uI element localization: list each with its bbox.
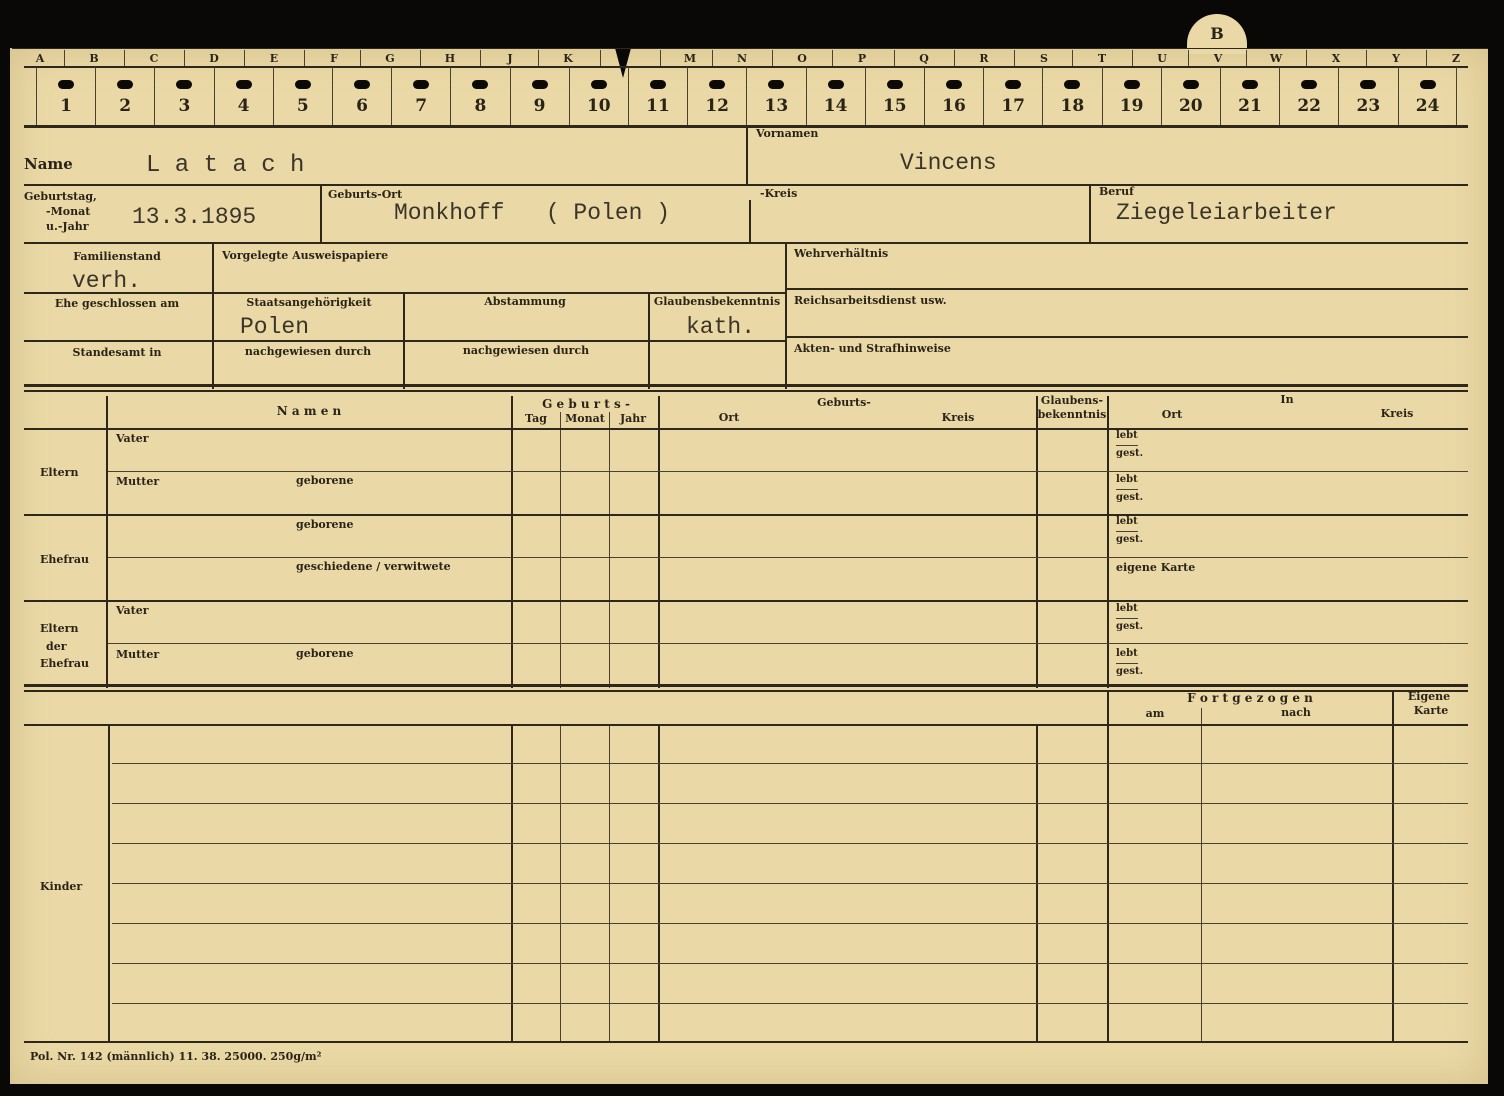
divider [12, 48, 1488, 49]
kinder-row-line [112, 883, 1468, 884]
lebt-label: lebt [1116, 603, 1138, 614]
index-letter: A [36, 52, 45, 65]
index-number: 19 [1120, 96, 1144, 116]
index-letter: J [507, 52, 512, 65]
divider [1116, 445, 1138, 446]
in-header: In [1280, 393, 1293, 406]
index-letter: N [737, 52, 747, 65]
divider [609, 412, 610, 688]
divider [1072, 50, 1073, 66]
kinder-row-line [112, 803, 1468, 804]
index-letter: S [1040, 52, 1048, 65]
divider [24, 1041, 1468, 1043]
punch-hole-icon [176, 80, 192, 89]
divider [658, 396, 660, 688]
divider [1366, 50, 1367, 66]
divider [1246, 50, 1247, 66]
kinder-row-line [112, 923, 1468, 924]
index-number: 17 [1001, 96, 1025, 116]
geborene-label: geborene [296, 474, 354, 487]
punch-hole-icon [1301, 80, 1317, 89]
divider [772, 50, 773, 66]
geburtsort-value: Monkhoff ( Polen ) [394, 200, 670, 226]
punch-hole-icon [828, 80, 844, 89]
index-number: 10 [587, 96, 611, 116]
divider [1089, 185, 1091, 243]
eigene-karte-label: eigene Karte [1116, 561, 1195, 574]
mutter-label: Mutter [116, 475, 159, 488]
divider [1220, 67, 1221, 125]
eltern-ehefrau-label-2: der [46, 640, 67, 653]
staat-value: Polen [240, 314, 309, 340]
index-letter: H [445, 52, 455, 65]
divider [1161, 67, 1162, 125]
ehe-label: Ehe geschlossen am [55, 297, 179, 310]
index-letter: Q [919, 52, 929, 65]
punch-hole-icon [532, 80, 548, 89]
punch-hole-icon [709, 80, 725, 89]
divider [924, 67, 925, 125]
divider [304, 50, 305, 66]
index-number: 1 [60, 96, 72, 116]
index-number: 11 [646, 96, 670, 116]
index-number: 15 [883, 96, 907, 116]
punch-hole-icon [1005, 80, 1021, 89]
divider [1116, 531, 1138, 532]
divider [108, 471, 1468, 472]
index-number: 9 [534, 96, 546, 116]
index-number: 22 [1297, 96, 1321, 116]
divider [1398, 67, 1399, 125]
divider [983, 67, 984, 125]
divider [106, 396, 108, 688]
divider [154, 67, 155, 125]
eltern-ehefrau-label-1: Eltern [40, 622, 78, 635]
punch-hole-icon [1124, 80, 1140, 89]
kreis-label: -Kreis [760, 187, 797, 200]
divider [600, 50, 601, 66]
eigene-header: Eigene [1408, 690, 1450, 703]
akten-label: Akten- und Strafhinweise [794, 342, 951, 355]
divider [320, 185, 322, 243]
divider [24, 684, 1468, 687]
punch-hole-icon [650, 80, 666, 89]
vornamen-label: Vornamen [756, 127, 818, 140]
divider [24, 242, 1468, 244]
namen-header: N a m e n [277, 404, 342, 418]
divider [24, 340, 785, 342]
nachgewiesen-staat: nachgewiesen durch [245, 345, 371, 358]
divider [64, 50, 65, 66]
divider [746, 125, 748, 185]
staat-label: Staatsangehörigkeit [246, 296, 371, 309]
divider [560, 412, 561, 688]
index-letter: Y [1392, 52, 1400, 65]
divider [1036, 396, 1038, 688]
index-letter: M [684, 52, 696, 65]
divider [749, 200, 751, 243]
monat-header: Monat [565, 412, 605, 425]
divider [786, 336, 1468, 338]
index-letter: Z [1452, 52, 1460, 65]
glaube-value: kath. [686, 314, 755, 340]
in-kreis-header: Kreis [1381, 407, 1414, 420]
glaubens-header-2: bekenntnis [1038, 408, 1107, 421]
index-number: 24 [1416, 96, 1440, 116]
divider [24, 184, 1468, 186]
geborene-label: geborene [296, 647, 354, 660]
glaube-label: Glaubensbekenntnis [654, 295, 780, 308]
kinder-row-line [112, 843, 1468, 844]
divider [108, 726, 110, 1042]
index-letter: W [1270, 52, 1282, 65]
eltern-ehefrau-label-3: Ehefrau [40, 657, 89, 670]
jahr-header: Jahr [620, 412, 646, 425]
index-letter: R [979, 52, 988, 65]
index-number: 16 [942, 96, 966, 116]
divider [1116, 663, 1138, 664]
punch-hole-icon [472, 80, 488, 89]
index-letter: X [1332, 52, 1341, 65]
index-letter: K [563, 52, 573, 65]
punch-hole-icon [1064, 80, 1080, 89]
familienstand-label: Familienstand [73, 250, 161, 263]
divider [450, 67, 451, 125]
divider [832, 50, 833, 66]
divider [24, 428, 1468, 430]
divider [1036, 726, 1038, 1042]
punch-hole-icon [117, 80, 133, 89]
punch-hole-icon [1360, 80, 1376, 89]
lebt-label: lebt [1116, 648, 1138, 659]
tab-letter: B [1187, 24, 1247, 43]
divider [511, 396, 513, 688]
mutter-label: Mutter [116, 648, 159, 661]
ehefrau-label: Ehefrau [40, 553, 89, 566]
divider [712, 50, 713, 66]
rad-label: Reichsarbeitsdienst usw. [794, 294, 947, 307]
geburts-ort-header: Geburts- [817, 396, 871, 409]
am-header: am [1146, 707, 1165, 720]
divider [108, 557, 1468, 558]
geburtstag-label-monat: -Monat [46, 205, 90, 218]
index-number: 12 [705, 96, 729, 116]
punch-hole-icon [591, 80, 607, 89]
punch-hole-icon [768, 80, 784, 89]
divider [687, 67, 688, 125]
divider [746, 67, 747, 125]
index-number: 7 [415, 96, 427, 116]
familienstand-value: verh. [72, 268, 141, 294]
divider [660, 50, 661, 66]
in-ort-header: Ort [1162, 408, 1182, 421]
gest-label: gest. [1116, 448, 1143, 459]
abstammung-label: Abstammung [484, 295, 566, 308]
divider [865, 67, 866, 125]
vater-label: Vater [116, 604, 149, 617]
kinder-row-line [112, 963, 1468, 964]
divider [510, 67, 511, 125]
divider [1188, 50, 1189, 66]
divider [538, 50, 539, 66]
punch-hole-icon [236, 80, 252, 89]
index-letter: C [150, 52, 159, 65]
fortgezogen-header: F o r t g e z o g e n [1187, 691, 1313, 705]
divider [1107, 691, 1109, 1042]
form-footer: Pol. Nr. 142 (männlich) 11. 38. 25000. 2… [30, 1050, 321, 1063]
punch-hole-icon [354, 80, 370, 89]
index-letter: U [1157, 52, 1167, 65]
divider [1107, 396, 1109, 688]
lebt-label: lebt [1116, 516, 1138, 527]
nach-header: nach [1281, 706, 1311, 719]
standesamt-label: Standesamt in [73, 346, 162, 359]
name-label: Name [24, 155, 73, 173]
divider [480, 50, 481, 66]
divider [36, 67, 37, 125]
name-value: L a t a c h [146, 152, 304, 179]
eltern-label: Eltern [40, 466, 78, 479]
ort-header: Ort [719, 411, 739, 424]
divider [1116, 618, 1138, 619]
divider [273, 67, 274, 125]
index-number: 20 [1179, 96, 1203, 116]
index-number: 2 [119, 96, 131, 116]
divider [24, 514, 1468, 516]
index-number: 5 [297, 96, 309, 116]
divider [124, 50, 125, 66]
lebt-label: lebt [1116, 430, 1138, 441]
divider [1042, 67, 1043, 125]
divider [785, 243, 787, 389]
geburtstag-label: Geburtstag, [24, 190, 97, 203]
gest-label: gest. [1116, 666, 1143, 677]
divider [1392, 691, 1394, 1042]
lebt-label: lebt [1116, 474, 1138, 485]
divider [1132, 50, 1133, 66]
geburts-header: G e b u r t s - [542, 397, 630, 411]
geschieden-label: geschiedene / verwitwete [296, 560, 451, 573]
karte-header: Karte [1414, 704, 1449, 717]
index-letter: D [209, 52, 219, 65]
divider [560, 726, 561, 1042]
gest-label: gest. [1116, 534, 1143, 545]
divider [24, 724, 1468, 726]
divider [24, 390, 1468, 392]
divider [628, 67, 629, 125]
index-number: 18 [1061, 96, 1085, 116]
kinder-label: Kinder [40, 880, 82, 893]
beruf-value: Ziegeleiarbeiter [1116, 200, 1337, 226]
index-number: 23 [1357, 96, 1381, 116]
index-number: 4 [238, 96, 250, 116]
divider [391, 67, 392, 125]
kreis-header: Kreis [942, 411, 975, 424]
index-number: 3 [178, 96, 190, 116]
index-letter: F [330, 52, 338, 65]
punch-hole-icon [1183, 80, 1199, 89]
index-letter: E [270, 52, 278, 65]
divider [24, 600, 1468, 602]
geborene-label: geborene [296, 518, 354, 531]
tag-header: Tag [525, 412, 547, 425]
geburtsort-label: Geburts-Ort [328, 188, 402, 201]
divider [658, 726, 660, 1042]
index-number: 21 [1238, 96, 1262, 116]
divider [332, 67, 333, 125]
index-number: 8 [474, 96, 486, 116]
divider [1116, 489, 1138, 490]
glaubens-header: Glaubens- [1041, 394, 1103, 407]
beruf-label: Beruf [1099, 185, 1134, 198]
punch-hole-icon [1242, 80, 1258, 89]
punch-hole-icon [946, 80, 962, 89]
index-letter: G [385, 52, 394, 65]
divider [1102, 67, 1103, 125]
index-number: 14 [824, 96, 848, 116]
divider [360, 50, 361, 66]
kinder-row-line [112, 763, 1468, 764]
divider [108, 643, 1468, 644]
kinder-row-line [112, 1003, 1468, 1004]
index-letter: O [797, 52, 807, 65]
divider [786, 288, 1468, 290]
index-letter: P [858, 52, 866, 65]
divider [954, 50, 955, 66]
wehr-label: Wehrverhältnis [794, 247, 888, 260]
divider [184, 50, 185, 66]
index-number: 6 [356, 96, 368, 116]
geburtstag-label-jahr: u.-Jahr [46, 220, 89, 233]
index-letter: T [1098, 52, 1106, 65]
divider [609, 726, 610, 1042]
geburtstag-value: 13.3.1895 [132, 204, 256, 230]
divider [214, 67, 215, 125]
divider [806, 67, 807, 125]
divider [1306, 50, 1307, 66]
nachgewiesen-abstammung: nachgewiesen durch [463, 344, 589, 357]
divider [212, 243, 214, 389]
divider [511, 726, 513, 1042]
vornamen-value: Vincens [900, 150, 997, 176]
punch-hole-icon [1420, 80, 1436, 89]
index-number: 13 [765, 96, 789, 116]
divider [1426, 50, 1427, 66]
punch-hole-icon [887, 80, 903, 89]
punch-hole-icon [295, 80, 311, 89]
vater-label: Vater [116, 432, 149, 445]
divider [95, 67, 96, 125]
ausweis-label: Vorgelegte Ausweispapiere [222, 249, 388, 262]
gest-label: gest. [1116, 492, 1143, 503]
divider [1338, 67, 1339, 125]
punch-hole-icon [58, 80, 74, 89]
divider [1201, 708, 1202, 1042]
divider [1456, 67, 1457, 125]
punch-hole-icon [413, 80, 429, 89]
divider [1014, 50, 1015, 66]
divider [569, 67, 570, 125]
divider [894, 50, 895, 66]
divider [1279, 67, 1280, 125]
index-letter: V [1214, 52, 1223, 65]
gest-label: gest. [1116, 621, 1143, 632]
divider [24, 384, 1468, 387]
divider [420, 50, 421, 66]
divider [244, 50, 245, 66]
index-letter: B [89, 52, 98, 65]
